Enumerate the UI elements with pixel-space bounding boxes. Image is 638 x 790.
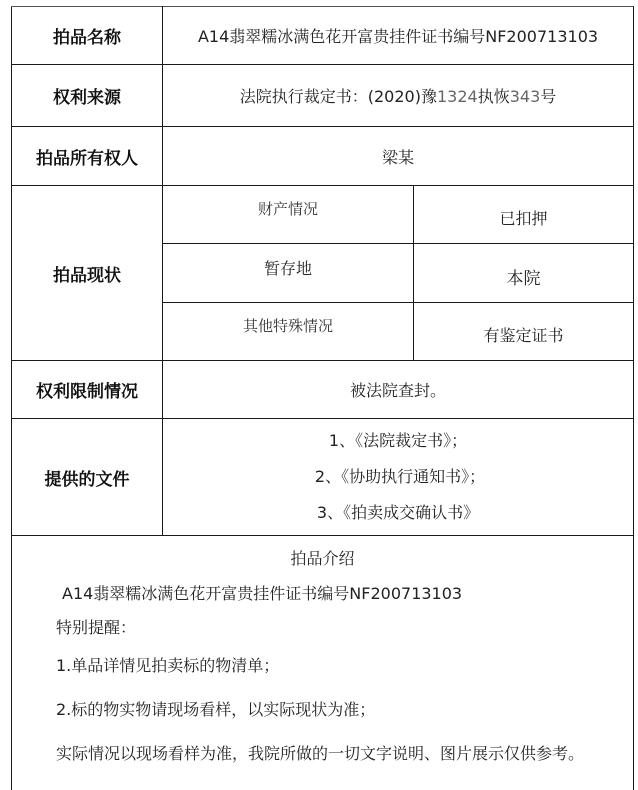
document-item: 1、《法院裁定书》； <box>163 423 633 459</box>
value-owner: 梁某 <box>163 127 634 186</box>
status-value-storage: 本院 <box>414 244 634 303</box>
row-restriction: 权利限制情况 被法院查封。 <box>12 361 634 419</box>
document-item: 3、《拍卖成交确认书》 <box>163 495 633 531</box>
intro-section: 拍品介绍 A14翡翠糯冰满色花开富贵挂件证书编号NF200713103 特别提醒… <box>12 536 634 790</box>
row-owner: 拍品所有权人 梁某 <box>12 127 634 186</box>
rights-source-prefix: 法院执行裁定书：(2020)豫 <box>240 87 437 106</box>
value-item-name: A14翡翠糯冰满色花开富贵挂件证书编号NF200713103 <box>163 7 634 65</box>
value-restriction: 被法院查封。 <box>163 361 634 419</box>
label-owner: 拍品所有权人 <box>12 127 163 186</box>
intro-line: 实际情况以现场看样为准，我院所做的一切文字说明、图片展示仅供参考。 <box>56 744 633 764</box>
status-value-property: 已扣押 <box>414 186 634 244</box>
label-restriction: 权利限制情况 <box>12 361 163 419</box>
label-item-name: 拍品名称 <box>12 7 163 65</box>
rights-source-suffix: 号 <box>540 87 556 106</box>
row-status-property: 拍品现状 财产情况 已扣押 <box>12 186 634 244</box>
document-item: 2、《协助执行通知书》； <box>163 459 633 495</box>
row-rights-source: 权利来源 法院执行裁定书：(2020)豫1324执恢343号 <box>12 65 634 127</box>
value-rights-source: 法院执行裁定书：(2020)豫1324执恢343号 <box>163 65 634 127</box>
row-documents: 提供的文件 1、《法院裁定书》； 2、《协助执行通知书》； 3、《拍卖成交确认书… <box>12 419 634 536</box>
intro-line: 特别提醒： <box>56 618 633 638</box>
row-item-name: 拍品名称 A14翡翠糯冰满色花开富贵挂件证书编号NF200713103 <box>12 7 634 65</box>
row-intro: 拍品介绍 A14翡翠糯冰满色花开富贵挂件证书编号NF200713103 特别提醒… <box>12 536 634 790</box>
rights-source-mid: 执恢 <box>478 87 510 106</box>
intro-line: 1.单品详情见拍卖标的物清单； <box>56 656 633 676</box>
status-key-storage: 暂存地 <box>163 244 414 303</box>
rights-source-num2: 343 <box>510 87 541 106</box>
status-key-other: 其他特殊情况 <box>163 303 414 361</box>
documents-list: 1、《法院裁定书》； 2、《协助执行通知书》； 3、《拍卖成交确认书》 <box>163 419 634 536</box>
label-rights-source: 权利来源 <box>12 65 163 127</box>
status-value-other: 有鉴定证书 <box>414 303 634 361</box>
label-documents: 提供的文件 <box>12 419 163 536</box>
intro-title: 拍品介绍 <box>12 544 633 574</box>
intro-line: A14翡翠糯冰满色花开富贵挂件证书编号NF200713103 <box>62 584 633 604</box>
auction-info-table: 拍品名称 A14翡翠糯冰满色花开富贵挂件证书编号NF200713103 权利来源… <box>11 6 634 790</box>
label-status: 拍品现状 <box>12 186 163 361</box>
intro-line: 2.标的物实物请现场看样，以实际现状为准； <box>56 700 633 720</box>
rights-source-num1: 1324 <box>437 87 478 106</box>
status-key-property: 财产情况 <box>163 186 414 244</box>
